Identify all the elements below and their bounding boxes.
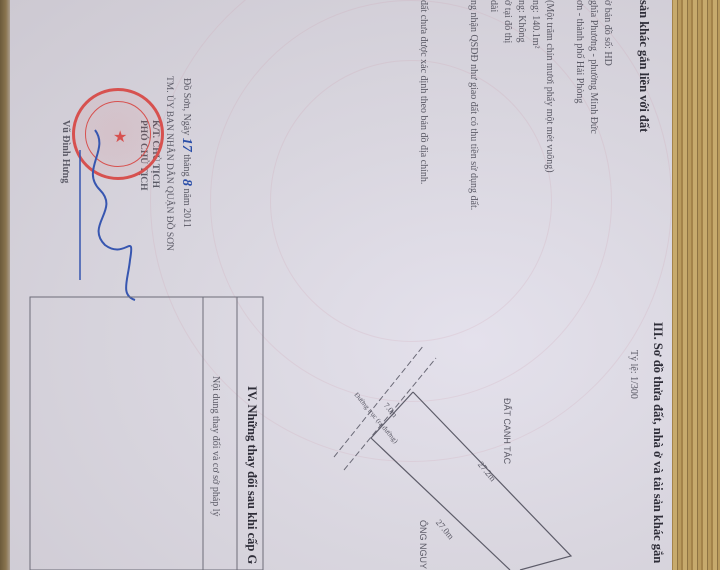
- scale-label: Tỷ lệ: 1/300: [628, 350, 639, 399]
- section-iii-title: III. Sơ đồ thửa đất, nhà ở và tài sản kh…: [650, 322, 665, 563]
- plot-drawing: [0, 0, 720, 570]
- section-iv-column-header: Nội dung thay đổi và cơ sở pháp lý: [210, 376, 221, 517]
- section-iv-title: IV. Những thay đổi sau khi cấp G: [244, 386, 259, 564]
- neighbor-label-top: ĐẤT CANH TÁC: [502, 398, 512, 464]
- neighbor-label-bottom: ÔNG NGUY: [418, 520, 428, 569]
